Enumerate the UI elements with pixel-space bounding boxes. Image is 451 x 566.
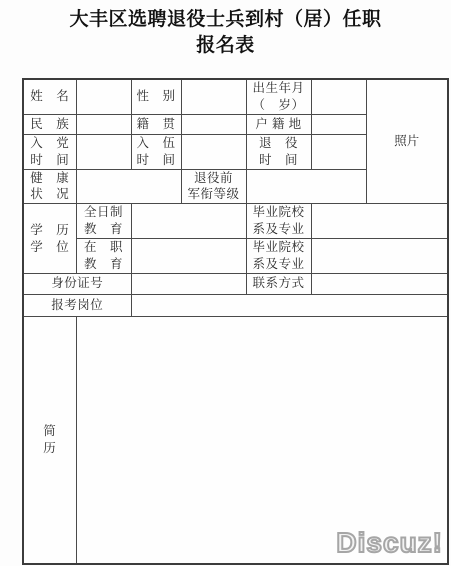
fulltime-education-value-cell — [131, 204, 246, 239]
form-document: 大丰区选聘退役士兵到村（居）任职 报名表 姓 名 性 别 出生年月 （ 岁） 照… — [0, 0, 451, 566]
onjob-education-value-cell — [131, 239, 246, 274]
page-title: 大丰区选聘退役士兵到村（居）任职 报名表 — [0, 7, 451, 59]
graduate-school-onjob-label: 毕业院校 系及专业 — [246, 239, 311, 274]
contact-value-cell — [311, 273, 448, 294]
gender-value-cell — [181, 79, 246, 114]
enlistment-time-label: 入 伍 时 间 — [131, 134, 181, 169]
ethnicity-value-cell — [76, 114, 131, 134]
contact-label: 联系方式 — [246, 273, 311, 294]
table-row: 学 历 学 位 全日制 教 育 毕业院校 系及专业 — [23, 204, 448, 239]
graduate-school-fulltime-value-cell — [311, 204, 448, 239]
health-status-label: 健 康 状 况 — [23, 169, 76, 204]
retirement-time-value-cell — [311, 134, 366, 169]
graduate-school-onjob-value-cell — [311, 239, 448, 274]
page-title-line1: 大丰区选聘退役士兵到村（居）任职 — [0, 7, 451, 33]
party-join-time-label: 入 党 时 间 — [23, 134, 76, 169]
enlistment-time-value-cell — [181, 134, 246, 169]
discuz-watermark: Discuz! — [336, 527, 443, 559]
table-row: 姓 名 性 别 出生年月 （ 岁） 照片 — [23, 79, 448, 114]
birth-date-label: 出生年月 （ 岁） — [246, 79, 311, 114]
retirement-time-label: 退 役 时 间 — [246, 134, 311, 169]
id-number-value-cell — [131, 273, 246, 294]
name-label: 姓 名 — [23, 79, 76, 114]
name-value-cell — [76, 79, 131, 114]
party-join-time-value-cell — [76, 134, 131, 169]
table-row: 身份证号 联系方式 — [23, 273, 448, 294]
birth-date-value-cell — [311, 79, 366, 114]
onjob-education-label: 在 职 教 育 — [76, 239, 131, 274]
table-row: 报考岗位 — [23, 294, 448, 316]
fulltime-education-label: 全日制 教 育 — [76, 204, 131, 239]
pre-retirement-rank-value-cell — [246, 169, 366, 204]
applied-position-label: 报考岗位 — [23, 294, 131, 316]
page-title-line2: 报名表 — [0, 33, 451, 59]
resume-label: 简 历 — [23, 316, 76, 564]
household-registration-label: 户 籍 地 — [246, 114, 311, 134]
education-degree-label: 学 历 学 位 — [23, 204, 76, 274]
applied-position-value-cell — [131, 294, 448, 316]
household-registration-value-cell — [311, 114, 366, 134]
id-number-label: 身份证号 — [23, 273, 131, 294]
native-place-label: 籍 贯 — [131, 114, 181, 134]
native-place-value-cell — [181, 114, 246, 134]
application-form-table: 姓 名 性 别 出生年月 （ 岁） 照片 民 族 籍 贯 户 籍 地 入 党 时… — [22, 78, 449, 565]
graduate-school-fulltime-label: 毕业院校 系及专业 — [246, 204, 311, 239]
ethnicity-label: 民 族 — [23, 114, 76, 134]
health-status-value-cell — [76, 169, 181, 204]
table-row: 在 职 教 育 毕业院校 系及专业 — [23, 239, 448, 274]
pre-retirement-rank-label: 退役前 军衔等级 — [181, 169, 246, 204]
gender-label: 性 别 — [131, 79, 181, 114]
photo-placeholder: 照片 — [366, 79, 448, 204]
